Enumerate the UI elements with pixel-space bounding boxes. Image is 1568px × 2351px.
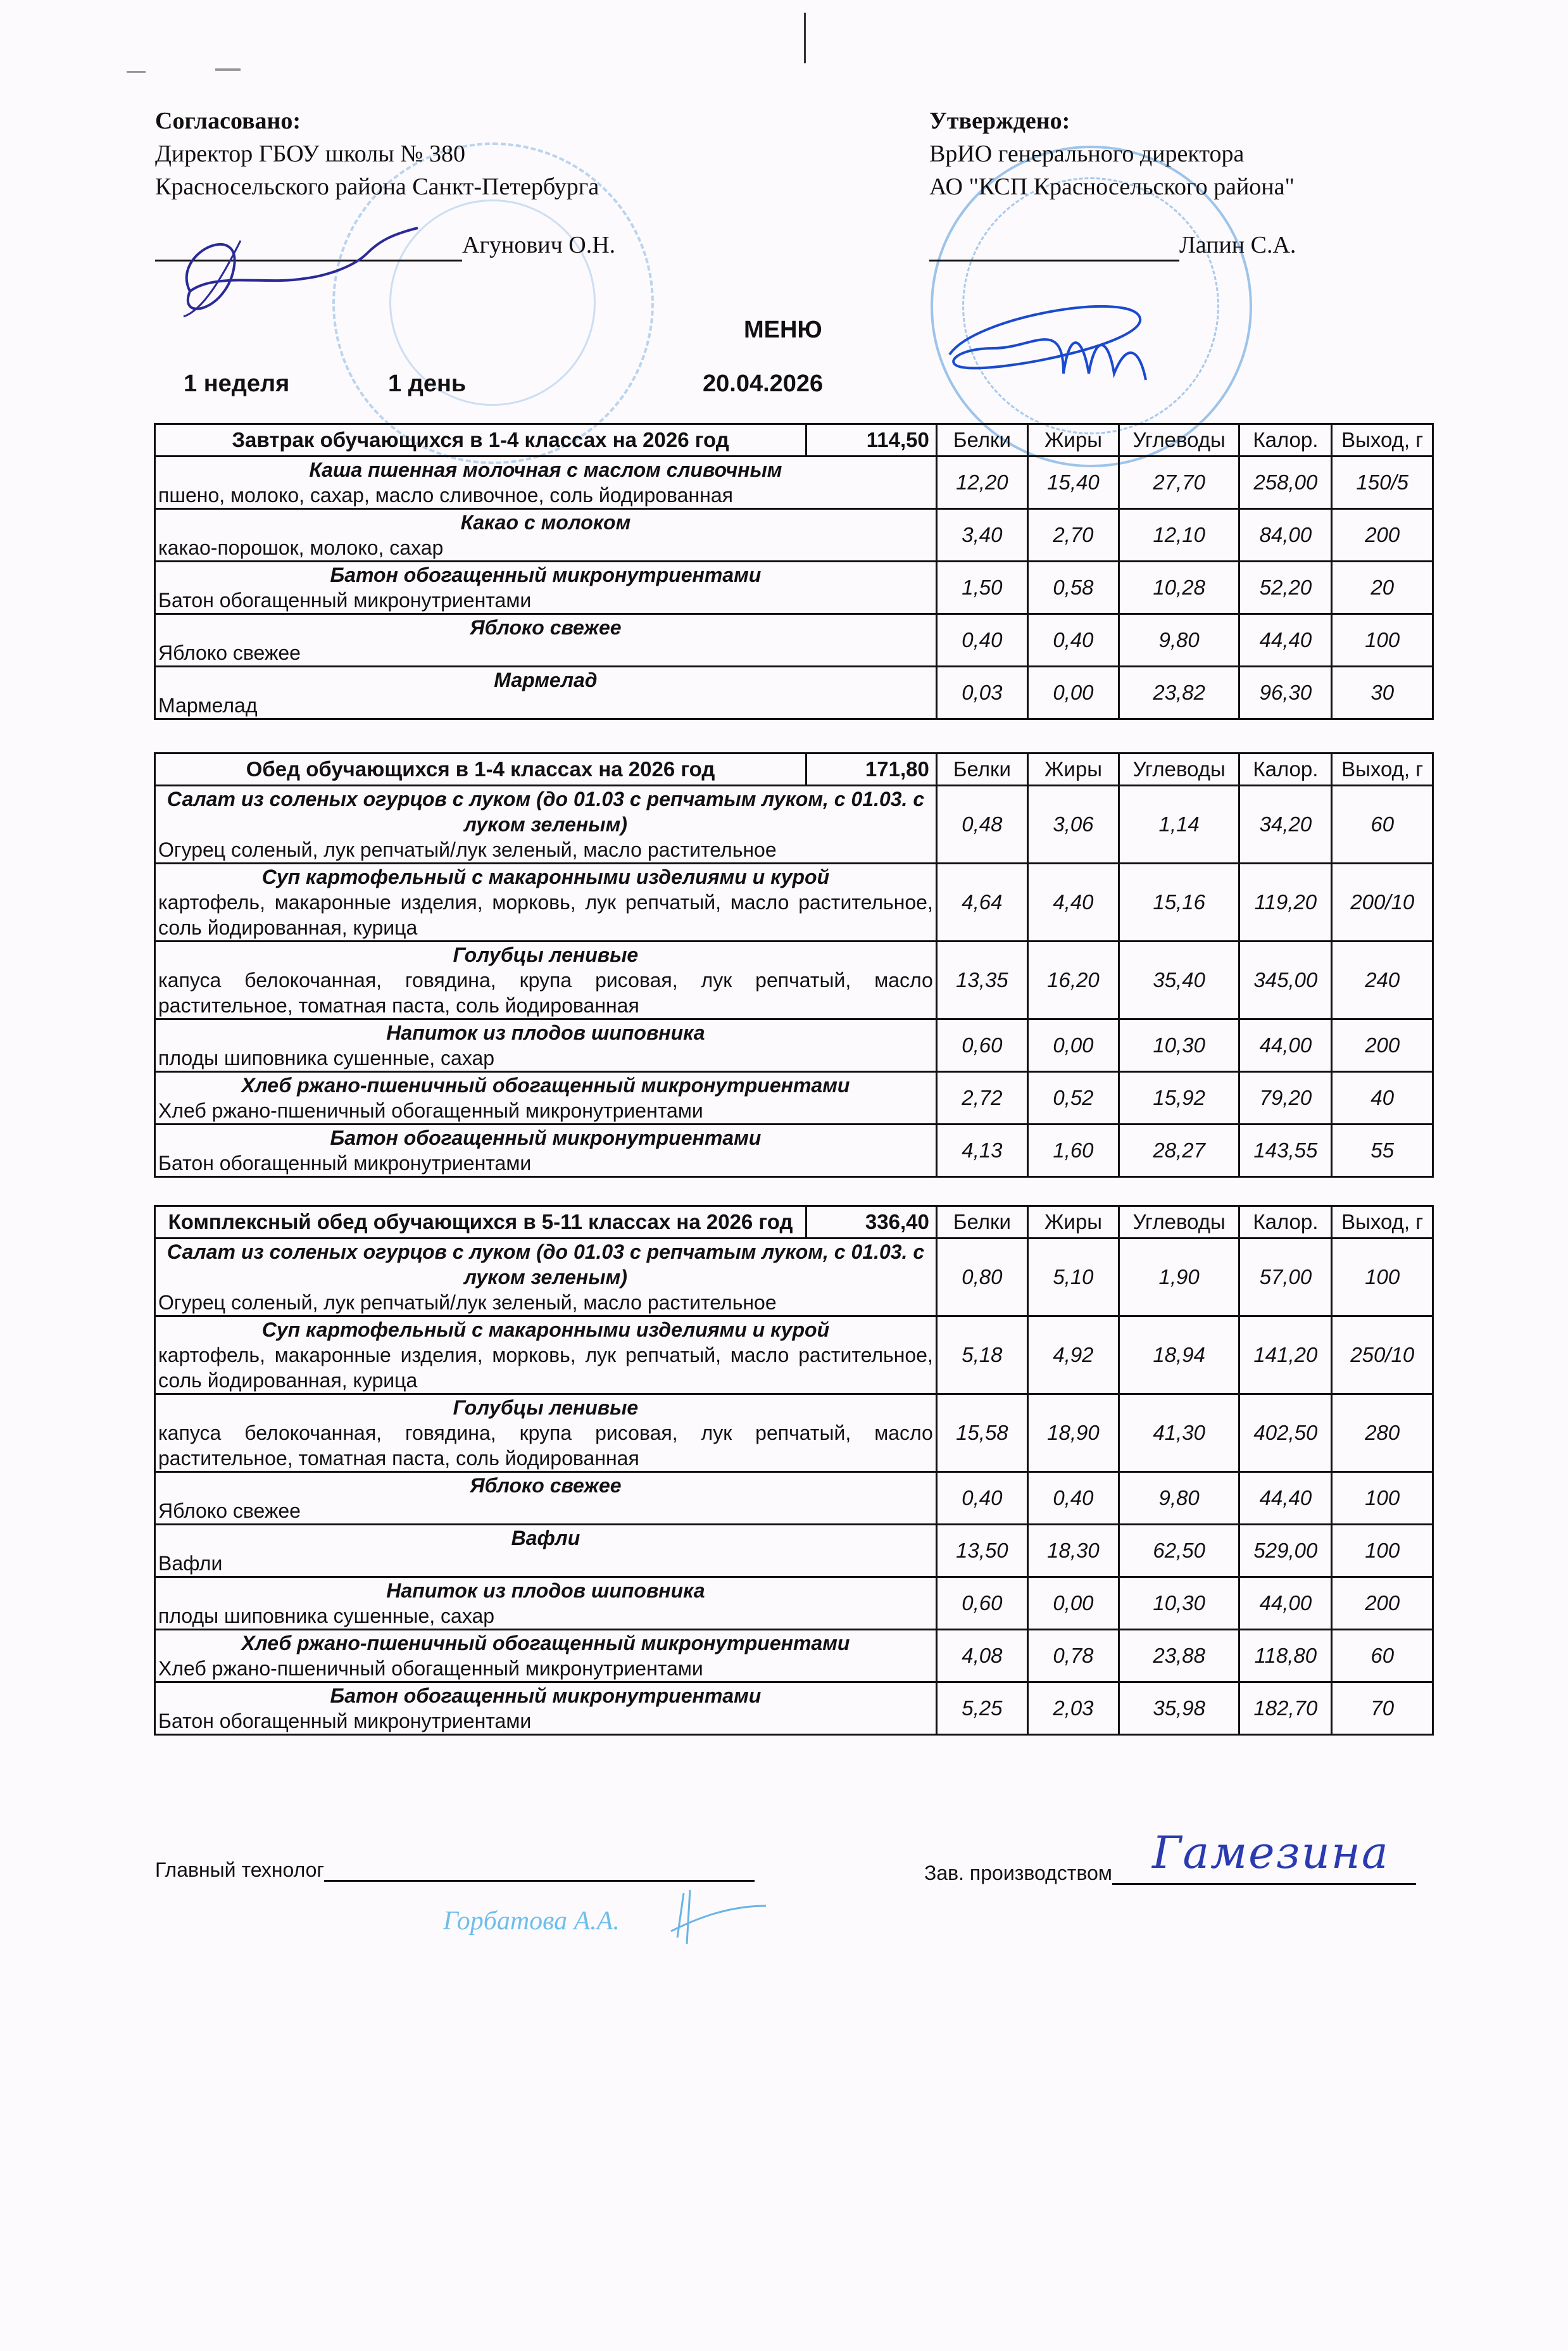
dish-row: Батон обогащенный микронутриентамиБатон … [155, 1682, 1433, 1735]
meal-table: Комплексный обед обучающихся в 5-11 клас… [154, 1205, 1434, 1736]
column-header: Углеводы [1119, 1206, 1239, 1239]
nutrition-fat: 0,58 [1027, 562, 1119, 614]
column-header: Калор. [1239, 424, 1332, 457]
nutrition-yield: 100 [1332, 1472, 1433, 1525]
nutrition-fat: 1,60 [1027, 1125, 1119, 1177]
nutrition-kcal: 52,20 [1239, 562, 1332, 614]
nutrition-yield: 60 [1332, 786, 1433, 864]
nutrition-carbs: 1,90 [1119, 1239, 1239, 1316]
nutrition-carbs: 27,70 [1119, 457, 1239, 509]
nutrition-protein: 5,25 [936, 1682, 1027, 1735]
dish-name: Напиток из плодов шиповника [158, 1578, 933, 1603]
nutrition-carbs: 15,92 [1119, 1072, 1239, 1125]
nutrition-yield: 100 [1332, 1239, 1433, 1316]
nutrition-yield: 240 [1332, 942, 1433, 1019]
nutrition-fat: 4,40 [1027, 864, 1119, 942]
dish-row: Салат из соленых огурцов с луком (до 01.… [155, 786, 1433, 864]
nutrition-carbs: 23,82 [1119, 667, 1239, 719]
column-header: Калор. [1239, 753, 1332, 786]
nutrition-carbs: 10,30 [1119, 1577, 1239, 1630]
nutrition-kcal: 84,00 [1239, 509, 1332, 562]
dish-name: Мармелад [158, 667, 933, 693]
nutrition-protein: 4,08 [936, 1630, 1027, 1682]
nutrition-fat: 0,40 [1027, 614, 1119, 667]
dish-name: Яблоко свежее [158, 615, 933, 640]
signature-chief-technologist [658, 1887, 772, 1957]
meal-price: 171,80 [806, 753, 937, 786]
nutrition-carbs: 9,80 [1119, 614, 1239, 667]
nutrition-carbs: 18,94 [1119, 1316, 1239, 1394]
dish-row: Какао с молокомкакао-порошок, молоко, са… [155, 509, 1433, 562]
dish-ingredients: Огурец соленый, лук репчатый/лук зеленый… [158, 837, 933, 862]
dish-name: Салат из соленых огурцов с луком (до 01.… [158, 786, 933, 837]
approval-signer: Агунович О.Н. [462, 229, 615, 262]
approval-organization: Красносельского района Санкт-Петербурга [155, 170, 725, 203]
dish-ingredients: Хлеб ржано-пшеничный обогащенный микрону… [158, 1656, 933, 1681]
nutrition-protein: 12,20 [936, 457, 1027, 509]
dish-name: Напиток из плодов шиповника [158, 1020, 933, 1045]
dish-row: Голубцы ленивыекапуса белокочанная, говя… [155, 942, 1433, 1019]
nutrition-fat: 0,78 [1027, 1630, 1119, 1682]
column-header: Белки [936, 424, 1027, 457]
dish-row: Суп картофельный с макаронными изделиями… [155, 864, 1433, 942]
dish-row: Каша пшенная молочная с маслом сливочным… [155, 457, 1433, 509]
nutrition-fat: 0,00 [1027, 1577, 1119, 1630]
dish-ingredients: Батон обогащенный микронутриентами [158, 1708, 933, 1734]
column-header: Калор. [1239, 1206, 1332, 1239]
dish-ingredients: Вафли [158, 1551, 933, 1576]
scan-mark [215, 68, 241, 71]
dish-name: Голубцы ленивые [158, 942, 933, 968]
nutrition-kcal: 345,00 [1239, 942, 1332, 1019]
meal-price: 114,50 [806, 424, 937, 457]
dish-ingredients: Мармелад [158, 693, 933, 718]
nutrition-kcal: 44,00 [1239, 1577, 1332, 1630]
nutrition-protein: 0,40 [936, 614, 1027, 667]
nutrition-fat: 0,40 [1027, 1472, 1119, 1525]
scan-mark [127, 71, 146, 73]
meal-table: Обед обучающихся в 1-4 классах на 2026 г… [154, 752, 1434, 1178]
nutrition-carbs: 23,88 [1119, 1630, 1239, 1682]
column-header: Выход, г [1332, 1206, 1433, 1239]
nutrition-kcal: 44,00 [1239, 1019, 1332, 1072]
nutrition-kcal: 529,00 [1239, 1525, 1332, 1577]
dish-row: МармеладМармелад0,030,0023,8296,3030 [155, 667, 1433, 719]
meal-title: Обед обучающихся в 1-4 классах на 2026 г… [155, 753, 806, 786]
dish-name: Какао с молоком [158, 510, 933, 535]
nutrition-kcal: 143,55 [1239, 1125, 1332, 1177]
production-head-label: Зав. производством [924, 1862, 1112, 1884]
signature-general-director [937, 279, 1228, 405]
nutrition-protein: 1,50 [936, 562, 1027, 614]
nutrition-protein: 13,35 [936, 942, 1027, 1019]
dish-row: Батон обогащенный микронутриентамиБатон … [155, 562, 1433, 614]
dish-ingredients: Батон обогащенный микронутриентами [158, 588, 933, 613]
nutrition-protein: 13,50 [936, 1525, 1027, 1577]
nutrition-carbs: 10,30 [1119, 1019, 1239, 1072]
dish-ingredients: какао-порошок, молоко, сахар [158, 535, 933, 560]
dish-ingredients: капуса белокочанная, говядина, крупа рис… [158, 1420, 933, 1471]
nutrition-yield: 100 [1332, 1525, 1433, 1577]
menu-date: 20.04.2026 [703, 370, 823, 398]
nutrition-kcal: 182,70 [1239, 1682, 1332, 1735]
column-header: Выход, г [1332, 424, 1433, 457]
nutrition-fat: 0,00 [1027, 667, 1119, 719]
dish-row: Напиток из плодов шиповникаплоды шиповни… [155, 1019, 1433, 1072]
nutrition-protein: 0,60 [936, 1577, 1027, 1630]
nutrition-kcal: 119,20 [1239, 864, 1332, 942]
approval-signer: Лапин С.А. [1179, 229, 1296, 262]
nutrition-protein: 0,48 [936, 786, 1027, 864]
column-header: Жиры [1027, 753, 1119, 786]
nutrition-yield: 40 [1332, 1072, 1433, 1125]
dish-name: Яблоко свежее [158, 1473, 933, 1498]
dish-name: Голубцы ленивые [158, 1395, 933, 1420]
signature-line [155, 234, 462, 262]
signature-line [324, 1858, 755, 1882]
meal-header-row: Обед обучающихся в 1-4 классах на 2026 г… [155, 753, 1433, 786]
dish-ingredients: плоды шиповника сушенные, сахар [158, 1045, 933, 1071]
nutrition-kcal: 79,20 [1239, 1072, 1332, 1125]
dish-row: Яблоко свежееЯблоко свежее0,400,409,8044… [155, 614, 1433, 667]
menu-title: МЕНЮ [744, 317, 822, 344]
chief-technologist-label: Главный технолог [155, 1858, 324, 1881]
dish-row: Голубцы ленивыекапуса белокочанная, говя… [155, 1394, 1433, 1472]
dish-row: ВафлиВафли13,5018,3062,50529,00100 [155, 1525, 1433, 1577]
nutrition-protein: 0,03 [936, 667, 1027, 719]
nutrition-yield: 280 [1332, 1394, 1433, 1472]
nutrition-yield: 30 [1332, 667, 1433, 719]
dish-ingredients: Яблоко свежее [158, 640, 933, 665]
scan-mark [804, 13, 806, 63]
nutrition-carbs: 10,28 [1119, 562, 1239, 614]
dish-ingredients: Яблоко свежее [158, 1498, 933, 1523]
meal-table: Завтрак обучающихся в 1-4 классах на 202… [154, 423, 1434, 720]
nutrition-yield: 70 [1332, 1682, 1433, 1735]
nutrition-yield: 60 [1332, 1630, 1433, 1682]
nutrition-kcal: 34,20 [1239, 786, 1332, 864]
nutrition-yield: 150/5 [1332, 457, 1433, 509]
dish-name: Батон обогащенный микронутриентами [158, 562, 933, 588]
nutrition-protein: 15,58 [936, 1394, 1027, 1472]
nutrition-fat: 18,90 [1027, 1394, 1119, 1472]
nutrition-carbs: 1,14 [1119, 786, 1239, 864]
nutrition-yield: 55 [1332, 1125, 1433, 1177]
dish-ingredients: пшено, молоко, сахар, масло сливочное, с… [158, 482, 933, 508]
approval-block-agreed: Согласовано: Директор ГБОУ школы № 380 К… [155, 104, 725, 262]
nutrition-kcal: 118,80 [1239, 1630, 1332, 1682]
dish-ingredients: Огурец соленый, лук репчатый/лук зеленый… [158, 1290, 933, 1315]
dish-name: Вафли [158, 1525, 933, 1551]
nutrition-yield: 20 [1332, 562, 1433, 614]
nutrition-kcal: 44,40 [1239, 614, 1332, 667]
nutrition-protein: 0,80 [936, 1239, 1027, 1316]
nutrition-yield: 200/10 [1332, 864, 1433, 942]
approval-position: Директор ГБОУ школы № 380 [155, 137, 725, 170]
nutrition-carbs: 41,30 [1119, 1394, 1239, 1472]
dish-row: Хлеб ржано-пшеничный обогащенный микрону… [155, 1072, 1433, 1125]
dish-name: Батон обогащенный микронутриентами [158, 1125, 933, 1150]
nutrition-protein: 5,18 [936, 1316, 1027, 1394]
nutrition-fat: 15,40 [1027, 457, 1119, 509]
nutrition-protein: 4,13 [936, 1125, 1027, 1177]
nutrition-yield: 200 [1332, 1019, 1433, 1072]
column-header: Жиры [1027, 424, 1119, 457]
day-number: 1 день [388, 370, 466, 398]
column-header: Выход, г [1332, 753, 1433, 786]
nutrition-kcal: 258,00 [1239, 457, 1332, 509]
column-header: Углеводы [1119, 424, 1239, 457]
nutrition-carbs: 62,50 [1119, 1525, 1239, 1577]
nutrition-fat: 16,20 [1027, 942, 1119, 1019]
nutrition-protein: 0,60 [936, 1019, 1027, 1072]
dish-ingredients: картофель, макаронные изделия, морковь, … [158, 890, 933, 940]
nutrition-protein: 2,72 [936, 1072, 1027, 1125]
dish-ingredients: плоды шиповника сушенные, сахар [158, 1603, 933, 1629]
nutrition-protein: 4,64 [936, 864, 1027, 942]
production-head-signature: Гамезина [1152, 1827, 1389, 1879]
nutrition-fat: 3,06 [1027, 786, 1119, 864]
nutrition-carbs: 35,98 [1119, 1682, 1239, 1735]
dish-row: Хлеб ржано-пшеничный обогащенный микрону… [155, 1630, 1433, 1682]
nutrition-fat: 2,70 [1027, 509, 1119, 562]
nutrition-carbs: 35,40 [1119, 942, 1239, 1019]
dish-row: Суп картофельный с макаронными изделиями… [155, 1316, 1433, 1394]
meal-price: 336,40 [806, 1206, 937, 1239]
approval-title: Согласовано: [155, 104, 725, 137]
nutrition-fat: 0,52 [1027, 1072, 1119, 1125]
meal-title: Завтрак обучающихся в 1-4 классах на 202… [155, 424, 806, 457]
dish-name: Хлеб ржано-пшеничный обогащенный микрону… [158, 1073, 933, 1098]
dish-name: Суп картофельный с макаронными изделиями… [158, 1317, 933, 1342]
nutrition-fat: 4,92 [1027, 1316, 1119, 1394]
nutrition-carbs: 28,27 [1119, 1125, 1239, 1177]
nutrition-yield: 100 [1332, 614, 1433, 667]
column-header: Белки [936, 1206, 1027, 1239]
chief-technologist-stamp: Горбатова А.А. [443, 1906, 620, 1936]
nutrition-yield: 250/10 [1332, 1316, 1433, 1394]
dish-row: Яблоко свежееЯблоко свежее0,400,409,8044… [155, 1472, 1433, 1525]
dish-name: Хлеб ржано-пшеничный обогащенный микрону… [158, 1630, 933, 1656]
column-header: Белки [936, 753, 1027, 786]
dish-ingredients: капуса белокочанная, говядина, крупа рис… [158, 968, 933, 1018]
nutrition-protein: 3,40 [936, 509, 1027, 562]
dish-name: Суп картофельный с макаронными изделиями… [158, 864, 933, 890]
nutrition-kcal: 96,30 [1239, 667, 1332, 719]
nutrition-fat: 5,10 [1027, 1239, 1119, 1316]
nutrition-protein: 0,40 [936, 1472, 1027, 1525]
dish-name: Салат из соленых огурцов с луком (до 01.… [158, 1239, 933, 1290]
dish-ingredients: Батон обогащенный микронутриентами [158, 1150, 933, 1176]
nutrition-carbs: 9,80 [1119, 1472, 1239, 1525]
approval-title: Утверждено: [929, 104, 1499, 137]
dish-ingredients: Хлеб ржано-пшеничный обогащенный микрону… [158, 1098, 933, 1123]
nutrition-fat: 0,00 [1027, 1019, 1119, 1072]
approval-position: ВрИО генерального директора [929, 137, 1499, 170]
nutrition-kcal: 57,00 [1239, 1239, 1332, 1316]
nutrition-kcal: 141,20 [1239, 1316, 1332, 1394]
meal-title: Комплексный обед обучающихся в 5-11 клас… [155, 1206, 806, 1239]
signature-line [929, 234, 1179, 262]
dish-name: Батон обогащенный микронутриентами [158, 1683, 933, 1708]
nutrition-kcal: 44,40 [1239, 1472, 1332, 1525]
column-header: Углеводы [1119, 753, 1239, 786]
nutrition-fat: 2,03 [1027, 1682, 1119, 1735]
nutrition-fat: 18,30 [1027, 1525, 1119, 1577]
nutrition-yield: 200 [1332, 1577, 1433, 1630]
nutrition-carbs: 12,10 [1119, 509, 1239, 562]
approval-organization: АО "КСП Красносельского района" [929, 170, 1499, 203]
dish-name: Каша пшенная молочная с маслом сливочным [158, 457, 933, 482]
dish-ingredients: картофель, макаронные изделия, морковь, … [158, 1342, 933, 1393]
meal-header-row: Завтрак обучающихся в 1-4 классах на 202… [155, 424, 1433, 457]
nutrition-yield: 200 [1332, 509, 1433, 562]
meal-header-row: Комплексный обед обучающихся в 5-11 клас… [155, 1206, 1433, 1239]
footer-chief-technologist: Главный технолог [155, 1858, 755, 1882]
approval-block-approved: Утверждено: ВрИО генерального директора … [929, 104, 1499, 262]
dish-row: Напиток из плодов шиповникаплоды шиповни… [155, 1577, 1433, 1630]
dish-row: Батон обогащенный микронутриентамиБатон … [155, 1125, 1433, 1177]
week-number: 1 неделя [184, 370, 289, 398]
dish-row: Салат из соленых огурцов с луком (до 01.… [155, 1239, 1433, 1316]
column-header: Жиры [1027, 1206, 1119, 1239]
nutrition-kcal: 402,50 [1239, 1394, 1332, 1472]
nutrition-carbs: 15,16 [1119, 864, 1239, 942]
